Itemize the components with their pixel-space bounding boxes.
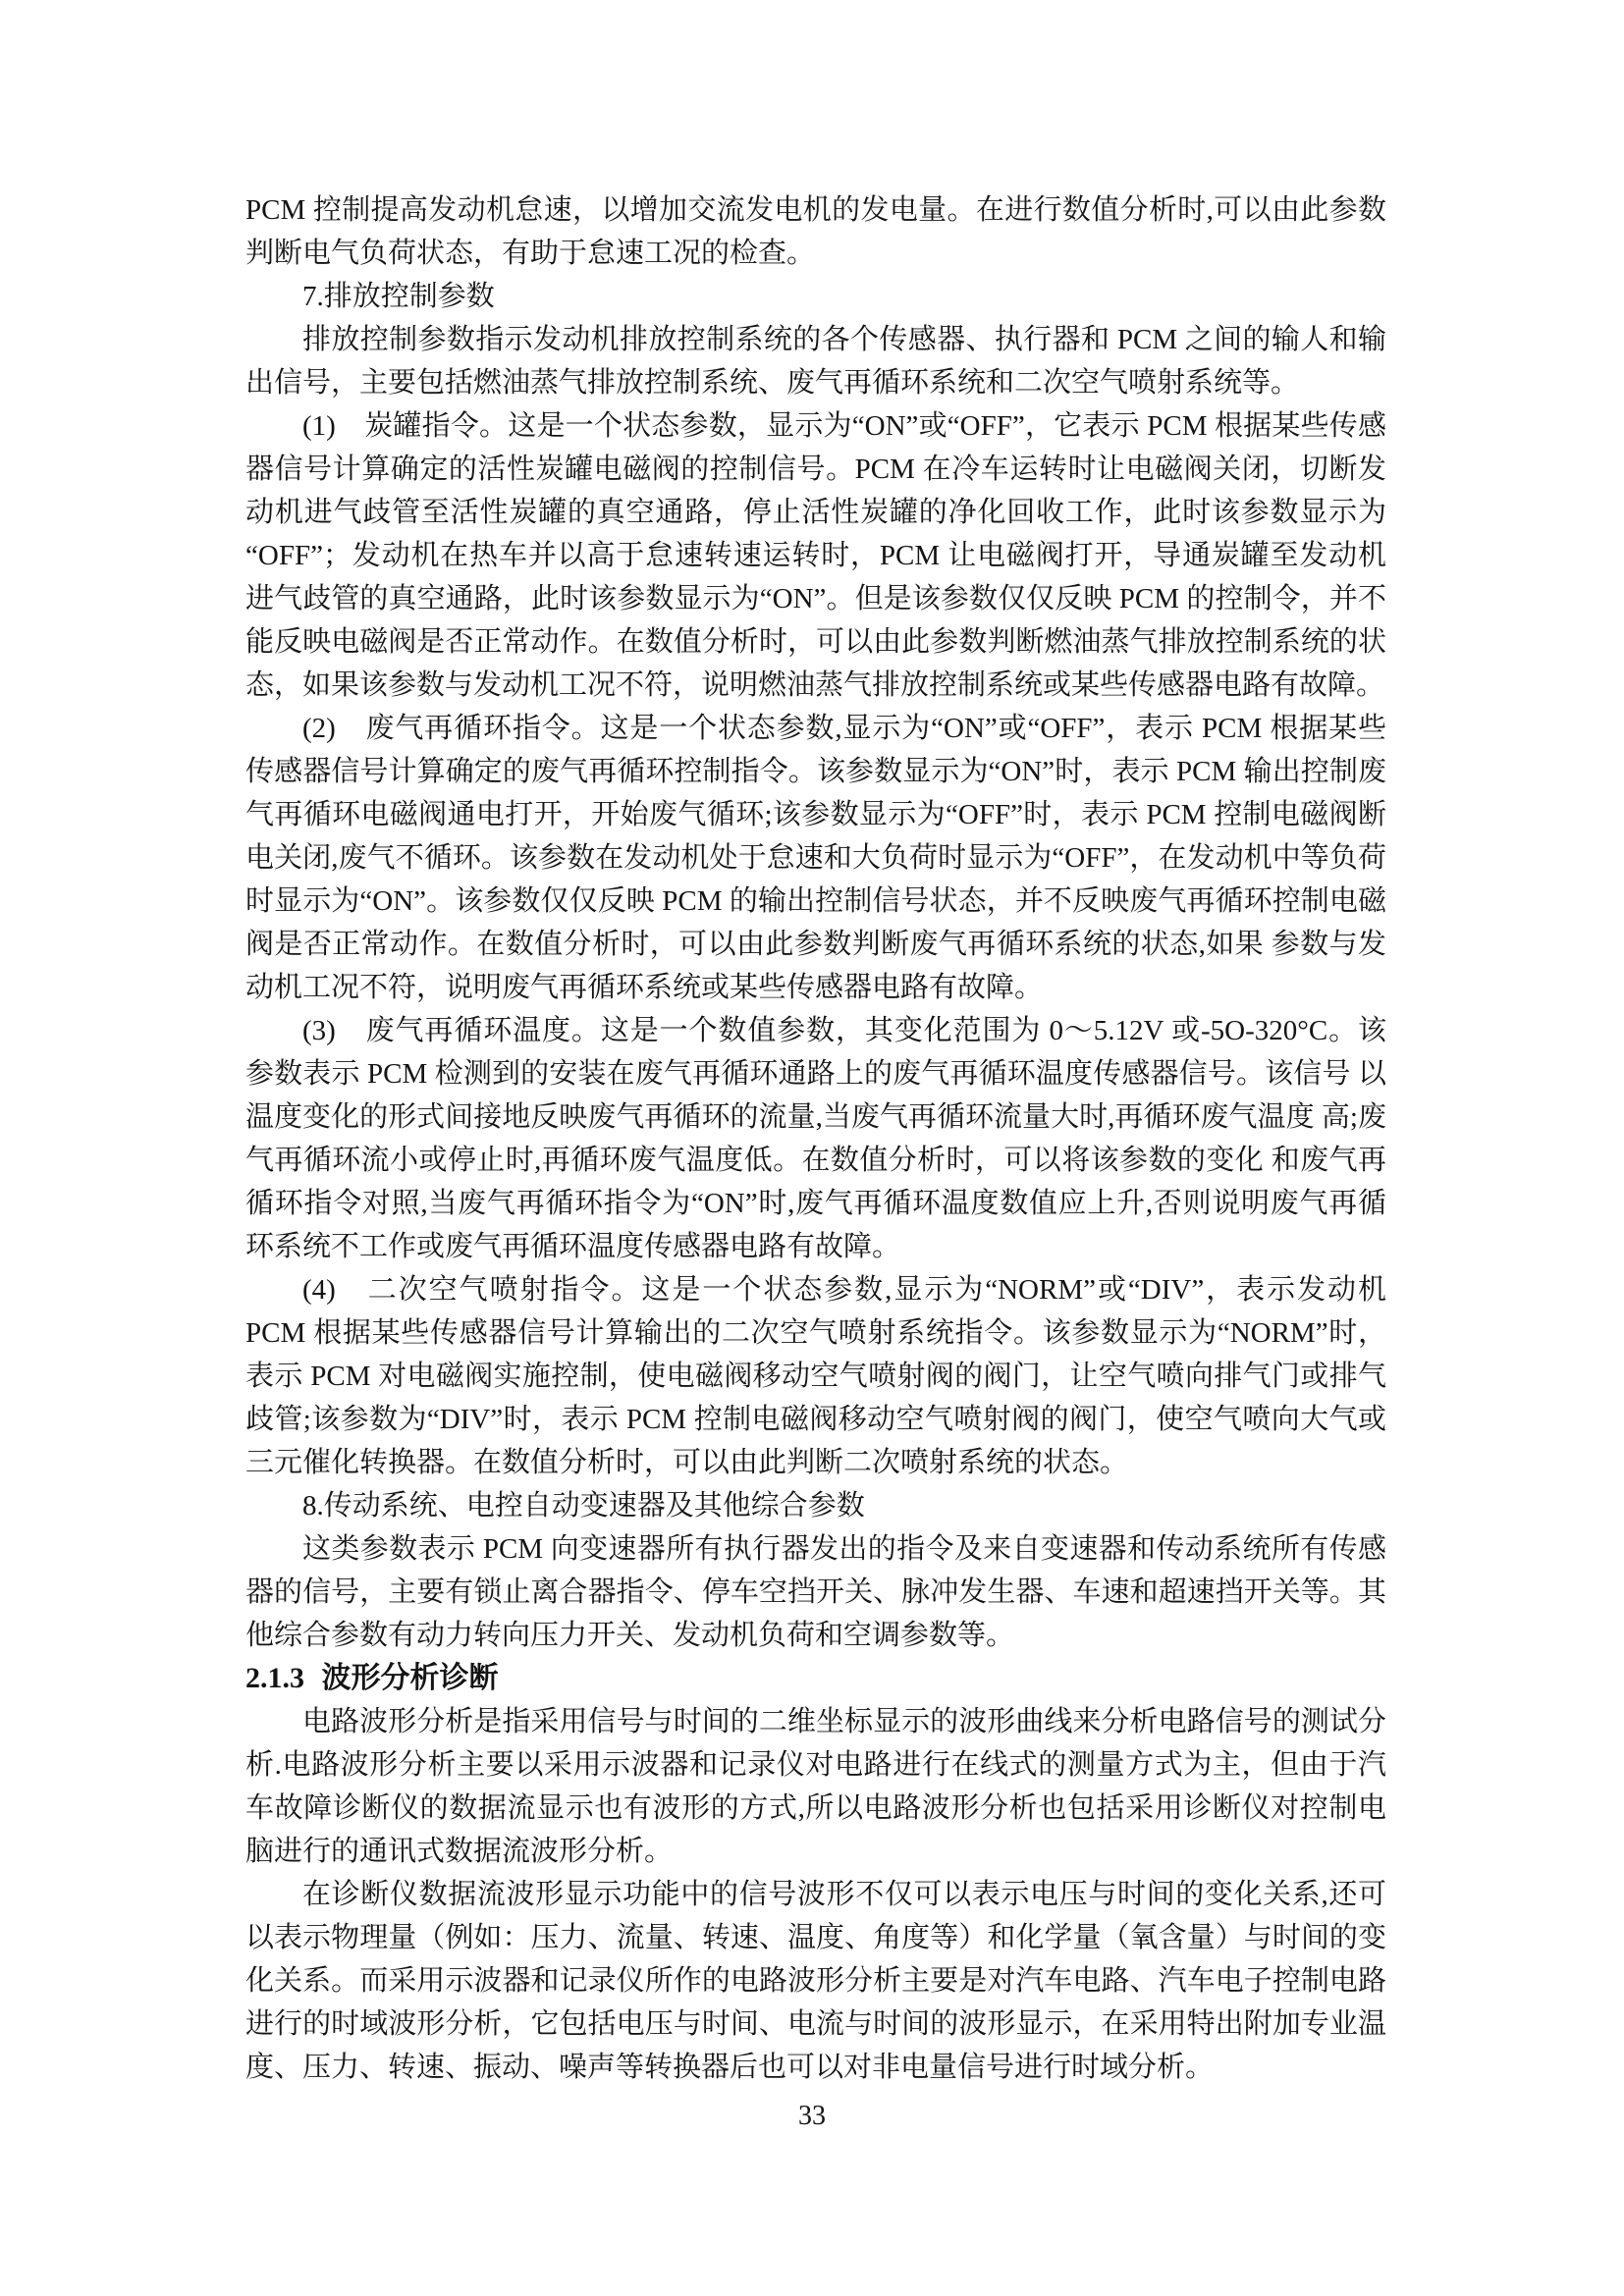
paragraph-8: 8.传动系统、电控自动变速器及其他综合参数 [245, 1484, 1386, 1527]
paragraph-3: 排放控制参数指示发动机排放控制系统的各个传感器、执行器和 PCM 之间的输人和输… [245, 318, 1386, 404]
document-body: PCM 控制提高发动机怠速，以增加交流发电机的发电量。在进行数值分析时,可以由此… [245, 188, 1386, 2089]
document-page: PCM 控制提高发动机怠速，以增加交流发电机的发电量。在进行数值分析时,可以由此… [0, 0, 1624, 2296]
paragraph-11: 电路波形分析是指采用信号与时间的二维坐标显示的波形曲线来分析电路信号的测试分析.… [245, 1700, 1386, 1873]
section-heading: 2.1.3 波形分析诊断 [245, 1657, 1386, 1700]
paragraph-7: (4) 二次空气喷射指令。这是一个状态参数,显示为“NORM”或“DIV”，表示… [245, 1268, 1386, 1484]
paragraph-6: (3) 废气再循环温度。这是一个数值参数，其变化范围为 0～5.12V 或-5O… [245, 1009, 1386, 1268]
paragraph-9: 这类参数表示 PCM 向变速器所有执行器发出的指令及来自变速器和传动系统所有传感… [245, 1527, 1386, 1657]
paragraph-2: 7.排放控制参数 [245, 275, 1386, 318]
paragraph-4: (1) 炭罐指令。这是一个状态参数，显示为“ON”或“OFF”，它表示 PCM … [245, 404, 1386, 707]
paragraph-5: (2) 废气再循环指令。这是一个状态参数,显示为“ON”或“OFF”，表示 PC… [245, 707, 1386, 1009]
page-number: 33 [0, 2101, 1624, 2132]
paragraph-12: 在诊断仪数据流波形显示功能中的信号波形不仅可以表示电压与时间的变化关系,还可以表… [245, 1873, 1386, 2089]
paragraph-1: PCM 控制提高发动机怠速，以增加交流发电机的发电量。在进行数值分析时,可以由此… [245, 188, 1386, 275]
